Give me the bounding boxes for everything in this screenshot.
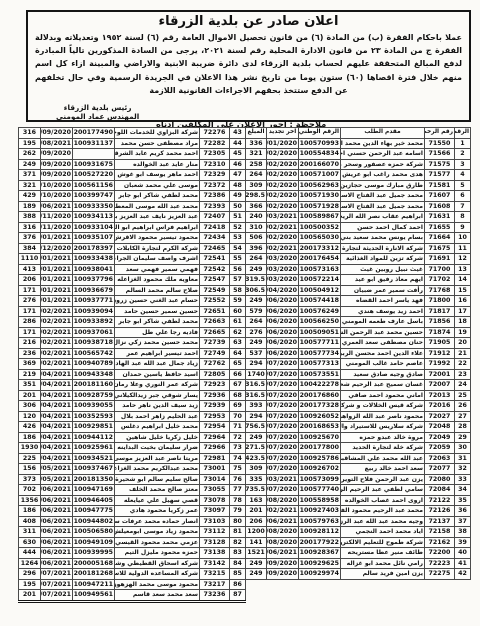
cell-amount: 1356 [19,495,41,506]
cell-no: 12 [455,254,471,265]
cell-applicant: انصار حماده محمد عرفات سنقرط [115,516,200,527]
cell-amount: 311 [19,527,41,538]
cell-license: 71700 [425,264,455,275]
cell-amount: 373 [19,474,41,485]
cell-amount: 276 [19,296,41,307]
cell-applicant: عبد الله محمد علي المشاقبة [341,453,425,464]
cell-national-id: 100925961 [73,443,115,454]
cell-applicant: عمر زكريا محمود هادي [115,506,200,517]
cell-license: 72954 [200,422,230,433]
cell-license: 71655 [425,222,455,233]
cell-applicant: صلاح سالم محمد السالم [115,285,200,296]
table-row: 61 72663 محمد لطفي شاكر ابو جابر 1009338… [19,317,246,328]
cell-license: 73055 [200,485,230,496]
table-row: 79 73097 عمر زكريا محمود هادي 100947775 … [19,506,246,517]
cell-amount: 240 [246,212,267,223]
cell-last-renewal: 14/04/2021 [41,401,73,412]
cell-license: 72276 [200,128,230,139]
header-license: رقم الرخصة [425,128,455,139]
cell-license: 73236 [200,590,230,602]
cell-amount: 426 [19,422,41,433]
cell-amount: 189 [19,201,41,212]
cell-last-renewal: 13/04/2021 [41,390,73,401]
cell-applicant: محمد حسين محمد زكي نزال [115,338,200,349]
cell-last-renewal: 16/07/2020 [267,411,299,422]
cell-applicant: محمود زياد موسى ابومعيلش [115,527,200,538]
cell-last-renewal: 08/04/2021 [41,380,73,391]
cell-amount: 120 [19,411,41,422]
cell-last-renewal: 23/12/2020 [41,243,73,254]
table-row: 81 73112 محمود زياد موسى ابومعيلش 100506… [19,527,246,538]
cell-license: 71664 [425,233,455,244]
cell-applicant: شركه المساعده الدولية للاستيراد والتصدير [115,569,200,580]
cell-applicant: منار عايد عبد الخوالده [115,159,200,170]
cell-no: 75 [230,464,246,475]
cell-last-renewal: 21/02/2021 [267,243,299,254]
cell-amount: 294 [246,411,267,422]
cell-applicant: مريتا ناصر عبد العزيز موسى [115,453,200,464]
cell-license: 71992 [425,359,455,370]
table-row: 75 73001 محمد عبدالكريم محمد الغزاعله 10… [19,464,246,475]
cell-license: 72665 [200,327,230,338]
cell-applicant: محمد جميل عبد الفتاح الاسمر [341,191,425,202]
cell-applicant: طائف منير عطا مستريحه [341,548,425,559]
cell-amount: 393 [246,401,267,412]
cell-national-id: 100938041 [73,264,115,275]
cell-license: 72663 [200,317,230,328]
cell-national-id: 200176454 [299,254,341,265]
cell-license: 72049 [425,432,455,443]
table-row: 54 72465 شركة الكرم لتجارة الكابلات 2001… [19,243,246,254]
cell-national-id: 200177328 [299,401,341,412]
cell-amount: 225 [19,453,41,464]
cell-no: 7 [455,201,471,212]
cell-no: 57 [230,275,246,286]
cell-license: 71800 [425,296,455,307]
cell-license: 72048 [425,422,455,433]
cell-license: 72541 [200,254,230,265]
signature-name: المهندس عماد المومني [56,112,139,121]
cell-no: 41 [455,558,471,569]
cell-last-renewal: 01/02/2021 [41,306,73,317]
cell-no: 82 [230,537,246,548]
cell-national-id: 100947775 [73,506,115,517]
cell-amount: 316.5 [246,380,267,391]
cell-national-id: 200168653 [299,422,341,433]
cell-last-renewal: 18/01/2021 [41,296,73,307]
cell-applicant: موسى علي محمد شعبان [115,180,200,191]
cell-national-id: 100589867 [299,212,341,223]
cell-national-id: 100933892 [73,317,115,328]
table-row: 72 72964 خليل زكريا خليل شاهين 100944112… [19,432,246,443]
cell-applicant: طارق مبارك موسى حجازين [341,180,425,191]
table-row: 53 72434 محمود تيسير محمود الاقرش 100935… [19,233,246,244]
cell-national-id: 100527220 [73,170,115,181]
table-row: 29 72049 مروة خالد عبدو حمزه 100925670 2… [246,432,471,443]
cell-last-renewal: 31/01/2021 [41,233,73,244]
table-row: 20 71905 حنان مصطفى سعد العمري 100577711… [246,338,471,349]
cell-license: 72013 [425,390,455,401]
cell-amount: 249 [246,338,267,349]
cell-no: 60 [230,306,246,317]
cell-national-id: 100934521 [73,453,115,464]
cell-applicant: محمود ناصر عبد الله الزواهره [341,411,425,422]
table-row: 60 72651 حسين سمير حسين حامد 100939094 0… [19,306,246,317]
cell-national-id: 100947211 [73,579,115,590]
cell-national-id: 100944802 [73,516,115,527]
cell-license: 72936 [200,390,230,401]
cell-last-renewal: 17/01/2021 [41,264,73,275]
cell-national-id: 100571007 [299,170,341,181]
cell-amount: 316 [19,222,41,233]
cell-last-renewal: 27/02/2021 [41,359,73,370]
cell-applicant: عزمي محمد محمود القيسي [115,537,200,548]
cell-national-id: 100929851 [73,422,115,433]
cell-amount: 429 [19,191,41,202]
cell-license: 72923 [200,380,230,391]
cell-national-id: 100577740 [299,485,341,496]
cell-last-renewal: 13/07/2020 [267,369,299,380]
cell-national-id: 100573099 [299,474,341,485]
cell-applicant: رامي نائل محمد ابو غزاله [341,558,425,569]
cell-amount: 423.5 [246,453,267,464]
cell-applicant: مروة خالد عبدو حمزه [341,432,425,443]
table-row: 13 71700 غيث نبيل روبين غيث 100573163 02… [246,264,471,275]
cell-no: 67 [230,380,246,391]
cell-license: 72393 [200,201,230,212]
table-row: 3 71575 شركة حمزه عصفور وسحر مزهر 200166… [246,159,471,170]
cell-no: 8 [455,212,471,223]
cell-applicant: رأفت سمير عمر ضبيان [341,285,425,296]
cell-last-renewal: 09/06/2021 [41,506,73,517]
cell-national-id: 100933438 [73,254,115,265]
table-row: 39 72162 شركة طموح للتعليم الالكتروني 20… [246,537,471,548]
cell-amount: 579 [246,306,267,317]
cell-amount: 336 [246,138,267,149]
cell-applicant: شركة سلاريس للاستيراد والتصدير [341,422,425,433]
cell-applicant: محمد خليل ابراهيم دغلس [115,422,200,433]
cell-last-renewal: 17/06/2021 [41,537,73,548]
cell-last-renewal: 15/07/2020 [267,390,299,401]
cell-license: 71577 [425,170,455,181]
cell-last-renewal: 17/01/2021 [41,275,73,286]
cell-amount: 286 [19,317,41,328]
cell-applicant: محمد جميل عبد الفتاح الاسمر [341,201,425,212]
cell-amount: 216 [19,338,41,349]
table-row: 67 72923 شركة عمر النوري وعلا رمان 20018… [19,380,246,391]
cell-last-renewal: 10/06/2021 [41,516,73,527]
cell-amount: 195 [19,579,41,590]
table-row: 69 72939 زيد سيف الدين ناهر حامد 1009390… [19,401,246,412]
table-row: 59 72552 حسام عبد الغني حسين زروق 100937… [19,296,246,307]
cell-amount: 201 [19,590,41,602]
cell-no: 70 [230,411,246,422]
cell-license: 72372 [200,180,230,191]
cell-no: 27 [455,411,471,422]
cell-license: 72084 [425,485,455,496]
cell-amount: 171 [19,285,41,296]
table-row: 64 72749 احمد تيسير ابراهيم عمر 10056574… [19,348,246,359]
cell-national-id: 100937771 [73,296,115,307]
cell-national-id: 100949561 [73,590,115,602]
cell-last-renewal: 17/09/2020 [267,569,299,580]
cell-license: 71550 [425,138,455,149]
cell-national-id: 100500352 [299,222,341,233]
cell-license: 72739 [200,338,230,349]
cell-no: 80 [230,516,246,527]
cell-license: 72275 [425,569,455,580]
cell-national-id: 100506580 [73,527,115,538]
cell-amount: 262 [19,149,41,160]
table-row: 51 72407 عبد العزيز نايف عبد العزيز بني … [19,212,246,223]
cell-last-renewal: 31/01/2020 [267,138,299,149]
table-row: 85 73215 شركه المساعده الدولية للاستيراد… [19,569,246,580]
cell-license: 73103 [200,516,230,527]
cell-amount: 171 [19,306,41,317]
cell-no: 16 [455,296,471,307]
cell-license: 71768 [425,285,455,296]
table-row: 42 72275 يزن امين فريد سالم 100929974 17… [246,569,471,580]
cell-no: 84 [230,558,246,569]
cell-amount: 351 [19,380,41,391]
cell-no: 34 [455,485,471,496]
announcement-body: عملا باحكام الفقرة (ب) من المادة (٦) من … [28,29,469,97]
cell-last-renewal: 04/11/2020 [41,212,73,223]
table-row: 15 71768 رأفت سمير عمر ضبيان 100504912 3… [246,285,471,296]
cell-applicant: وجيه محمد عبد الله عبد الرزاق [341,516,425,527]
cell-national-id: 100928759 [73,390,115,401]
licenses-table-right: الرقم رقم الرخصة مقدم الطلب الرقم الوطني… [245,127,471,580]
cell-amount: 702 [19,485,41,496]
cell-amount: 298.5 [246,191,267,202]
cell-no: 69 [230,401,246,412]
cell-applicant: شركه اسحاق القطيطي وشريكه [115,558,200,569]
cell-applicant: احمد كمال احمد حسن [341,222,425,233]
cell-national-id: 100933104 [73,222,115,233]
table-row: 21 71912 علاء الدين احمد محسن الربيحات 1… [246,348,471,359]
cell-no: 87 [230,590,246,602]
cell-national-id: 100577734 [299,348,341,359]
cell-no: 45 [230,149,246,160]
cell-amount: 1264 [19,558,41,569]
cell-national-id: 100934113 [73,212,115,223]
cell-national-id: 100949109 [73,537,115,548]
cell-national-id: 100571928 [299,201,341,212]
cell-applicant: حسين سمير حسين حامد [115,306,200,317]
cell-applicant: حسين محمد عبد الرحمن الشرمان [341,327,425,338]
table-row: 25 72013 اماني محمود احمد صافي 200176860… [246,390,471,401]
cell-amount: 756.5 [246,422,267,433]
table-row: 43 72276 شركة البزاوي للخدمات اللوجستية … [19,128,246,139]
cell-applicant: عاصم حامد غالب المومني [341,359,425,370]
cell-last-renewal: 20/04/2021 [41,422,73,433]
cell-amount: 1930 [19,443,41,454]
cell-last-renewal: 23/02/2021 [267,222,299,233]
cell-last-renewal: 16/01/2021 [41,254,73,265]
cell-applicant: ابراهيم عقاب نصر الله الريحاني [341,212,425,223]
cell-license: 71691 [425,254,455,265]
cell-license: 73217 [200,579,230,590]
cell-no: 61 [230,317,246,328]
cell-no: 21 [455,348,471,359]
cell-license: 71905 [425,338,455,349]
cell-national-id: 100939094 [73,306,115,317]
cell-last-renewal: 15/06/2021 [41,527,73,538]
cell-no: 44 [230,138,246,149]
cell-license: 72549 [200,285,230,296]
header-no: الرقم [455,128,471,139]
header-applicant: مقدم الطلب [341,128,425,139]
cell-national-id: 100422278 [299,380,341,391]
cell-last-renewal: 29/06/2020 [267,338,299,349]
cell-no: 26 [455,401,471,412]
cell-applicant: محمد عبد الله موسى المعطي [115,201,200,212]
cell-national-id: 100579763 [299,516,341,527]
cell-license: 72964 [200,432,230,443]
cell-no: 13 [455,264,471,275]
cell-last-renewal: 29/09/2020 [41,170,73,181]
cell-license: 72016 [425,401,455,412]
cell-amount: 156 [19,464,41,475]
table-row: 74 72981 مريتا ناصر عبد العزيز موسى 1009… [19,453,246,464]
cell-applicant: صالح سليم سالم ابو شحيرة [115,474,200,485]
table-row: 27 72027 محمود ناصر عبد الله الزواهره 10… [246,411,471,422]
cell-applicant: سامي لطفي عبد الرحيم الرياحي [341,485,425,496]
cell-no: 3 [455,159,471,170]
cell-amount: 366 [246,201,267,212]
cell-license: 73128 [200,537,230,548]
cell-last-renewal: 20/04/2021 [41,411,73,422]
cell-amount: 309 [246,464,267,475]
table-row: 66 72805 اسيد حافظ ياسين حمدان 100943348… [19,369,246,380]
announcement-frame: اعلان صادر عن بلدية الزرقاء عملا باحكام … [26,10,471,122]
cell-license: 71575 [425,159,455,170]
cell-last-renewal: 16/07/2020 [267,401,299,412]
cell-no: 14 [455,275,471,286]
table-row: 57 72547 معاويه ملك محمود الغزاعله 10093… [19,275,246,286]
cell-national-id: 100565742 [73,348,115,359]
cell-last-renewal: 11/07/2021 [41,590,73,602]
cell-no: 43 [230,128,246,139]
cell-national-id: 100926702 [299,464,341,475]
cell-no: 40 [455,548,471,559]
cell-no: 1 [455,138,471,149]
cell-amount: 296 [19,569,41,580]
cell-amount: 630 [19,537,41,548]
cell-national-id: 100509051 [299,327,341,338]
cell-last-renewal: 16/11/2020 [41,222,73,233]
table-row: 34 72084 سامي لطفي عبد الرحيم الرياحي 10… [246,485,471,496]
cell-no: 65 [230,359,246,370]
cell-amount: 319.5 [246,275,267,286]
cell-national-id: 200181350 [73,474,115,485]
cell-license: 73001 [200,464,230,475]
cell-national-id: 100570993 [299,138,341,149]
cell-last-renewal: 02/03/2020 [267,264,299,275]
cell-last-renewal: 13/03/2021 [267,212,299,223]
cell-national-id: 100937061 [73,327,115,338]
cell-no: 83 [230,548,246,559]
cell-applicant: محمد عبد الرحيم محمود الفسفوس [341,506,425,517]
cell-applicant: زيد سيف الدين ناهر حامد [115,401,200,412]
cell-license: 72059 [425,443,455,454]
cell-national-id: 100943348 [73,369,115,380]
cell-last-renewal: 22/02/2021 [41,338,73,349]
table-row: 78 73078 قصي سهيل علي عيايعله 100946405 … [19,495,246,506]
cell-national-id: 100947169 [73,485,115,496]
cell-national-id: 100927403 [299,506,341,517]
cell-no: 22 [455,359,471,370]
cell-last-renewal: 18/01/2021 [41,285,73,296]
cell-last-renewal: 04/02/2020 [267,159,299,170]
cell-amount: 376 [19,233,41,244]
cell-amount: 195 [19,138,41,149]
cell-no: 20 [455,338,471,349]
cell-applicant: سعد محمد سعد قاسم [115,590,200,602]
cell-license: 72386 [200,191,230,202]
cell-amount: 249 [246,264,267,275]
cell-applicant: يزن امين فريد سالم [341,569,425,580]
cell-last-renewal: 27/07/2020 [267,464,299,475]
cell-license: 71817 [425,306,455,317]
cell-applicant: هدى محمد راغب ابو عريش [341,170,425,181]
cell-amount: 309 [246,180,267,191]
table-row: 65 72762 زياد جمال عبد الله عبد الهادي 1… [19,359,246,370]
table-row: 46 72310 منار عايد عبد الخوالده 10093167… [19,159,246,170]
cell-applicant: شركة عمر النوري وعلا رمان [115,380,200,391]
cell-amount: 249 [246,569,267,580]
cell-amount: 294 [246,359,267,370]
cell-last-renewal: 10/08/2020 [267,495,299,506]
cell-last-renewal: 28/07/2020 [267,485,299,496]
cell-no: 81 [230,527,246,538]
cell-amount: 186 [19,432,41,443]
cell-no: 56 [230,264,246,275]
table-row: 49 72386 محمد لطفي شاكر ابو جابر 1003997… [19,191,246,202]
cell-national-id: 100925786 [299,453,341,464]
cell-last-renewal: 24/02/2020 [267,233,299,244]
cell-no: 35 [455,495,471,506]
cell-applicant: معاويه ملك محمود الغزاعله [115,275,200,286]
cell-national-id [73,149,115,160]
cell-amount: 236 [19,348,41,359]
cell-national-id: 100573163 [299,264,341,275]
cell-applicant: اشرف واصف سليمان الجراعي [115,254,200,265]
cell-national-id: 100931675 [73,159,115,170]
cell-no: 6 [455,191,471,202]
cell-last-renewal: 22/07/2020 [267,443,299,454]
cell-license: 72939 [200,401,230,412]
cell-no: 30 [455,443,471,454]
cell-last-renewal: 24/09/2020 [41,149,73,160]
cell-no: 29 [455,432,471,443]
cell-license: 71608 [425,201,455,212]
cell-no: 71 [230,422,246,433]
table-row: 7 71608 محمد جميل عبد الفتاح الاسمر 1005… [246,201,471,212]
cell-applicant: اسيد حافظ ياسين حمدان [115,369,200,380]
cell-amount: 201 [246,506,267,517]
cell-no: 79 [230,506,246,517]
cell-last-renewal: 29/06/2020 [267,317,299,328]
header-amount: المبلغ [246,128,267,139]
cell-applicant: مراد مصطفى حسن محمد [115,138,200,149]
table-row: 82 73128 عزمي محمد محمود القيسي 10094910… [19,537,246,548]
cell-national-id: 100562963 [299,180,341,191]
table-row: 41 72223 رامي نائل محمد ابو غزاله 100929… [246,558,471,569]
cell-last-renewal: 17/02/2021 [267,506,299,517]
cell-no: 19 [455,327,471,338]
cell-last-renewal: 04/04/2021 [41,369,73,380]
